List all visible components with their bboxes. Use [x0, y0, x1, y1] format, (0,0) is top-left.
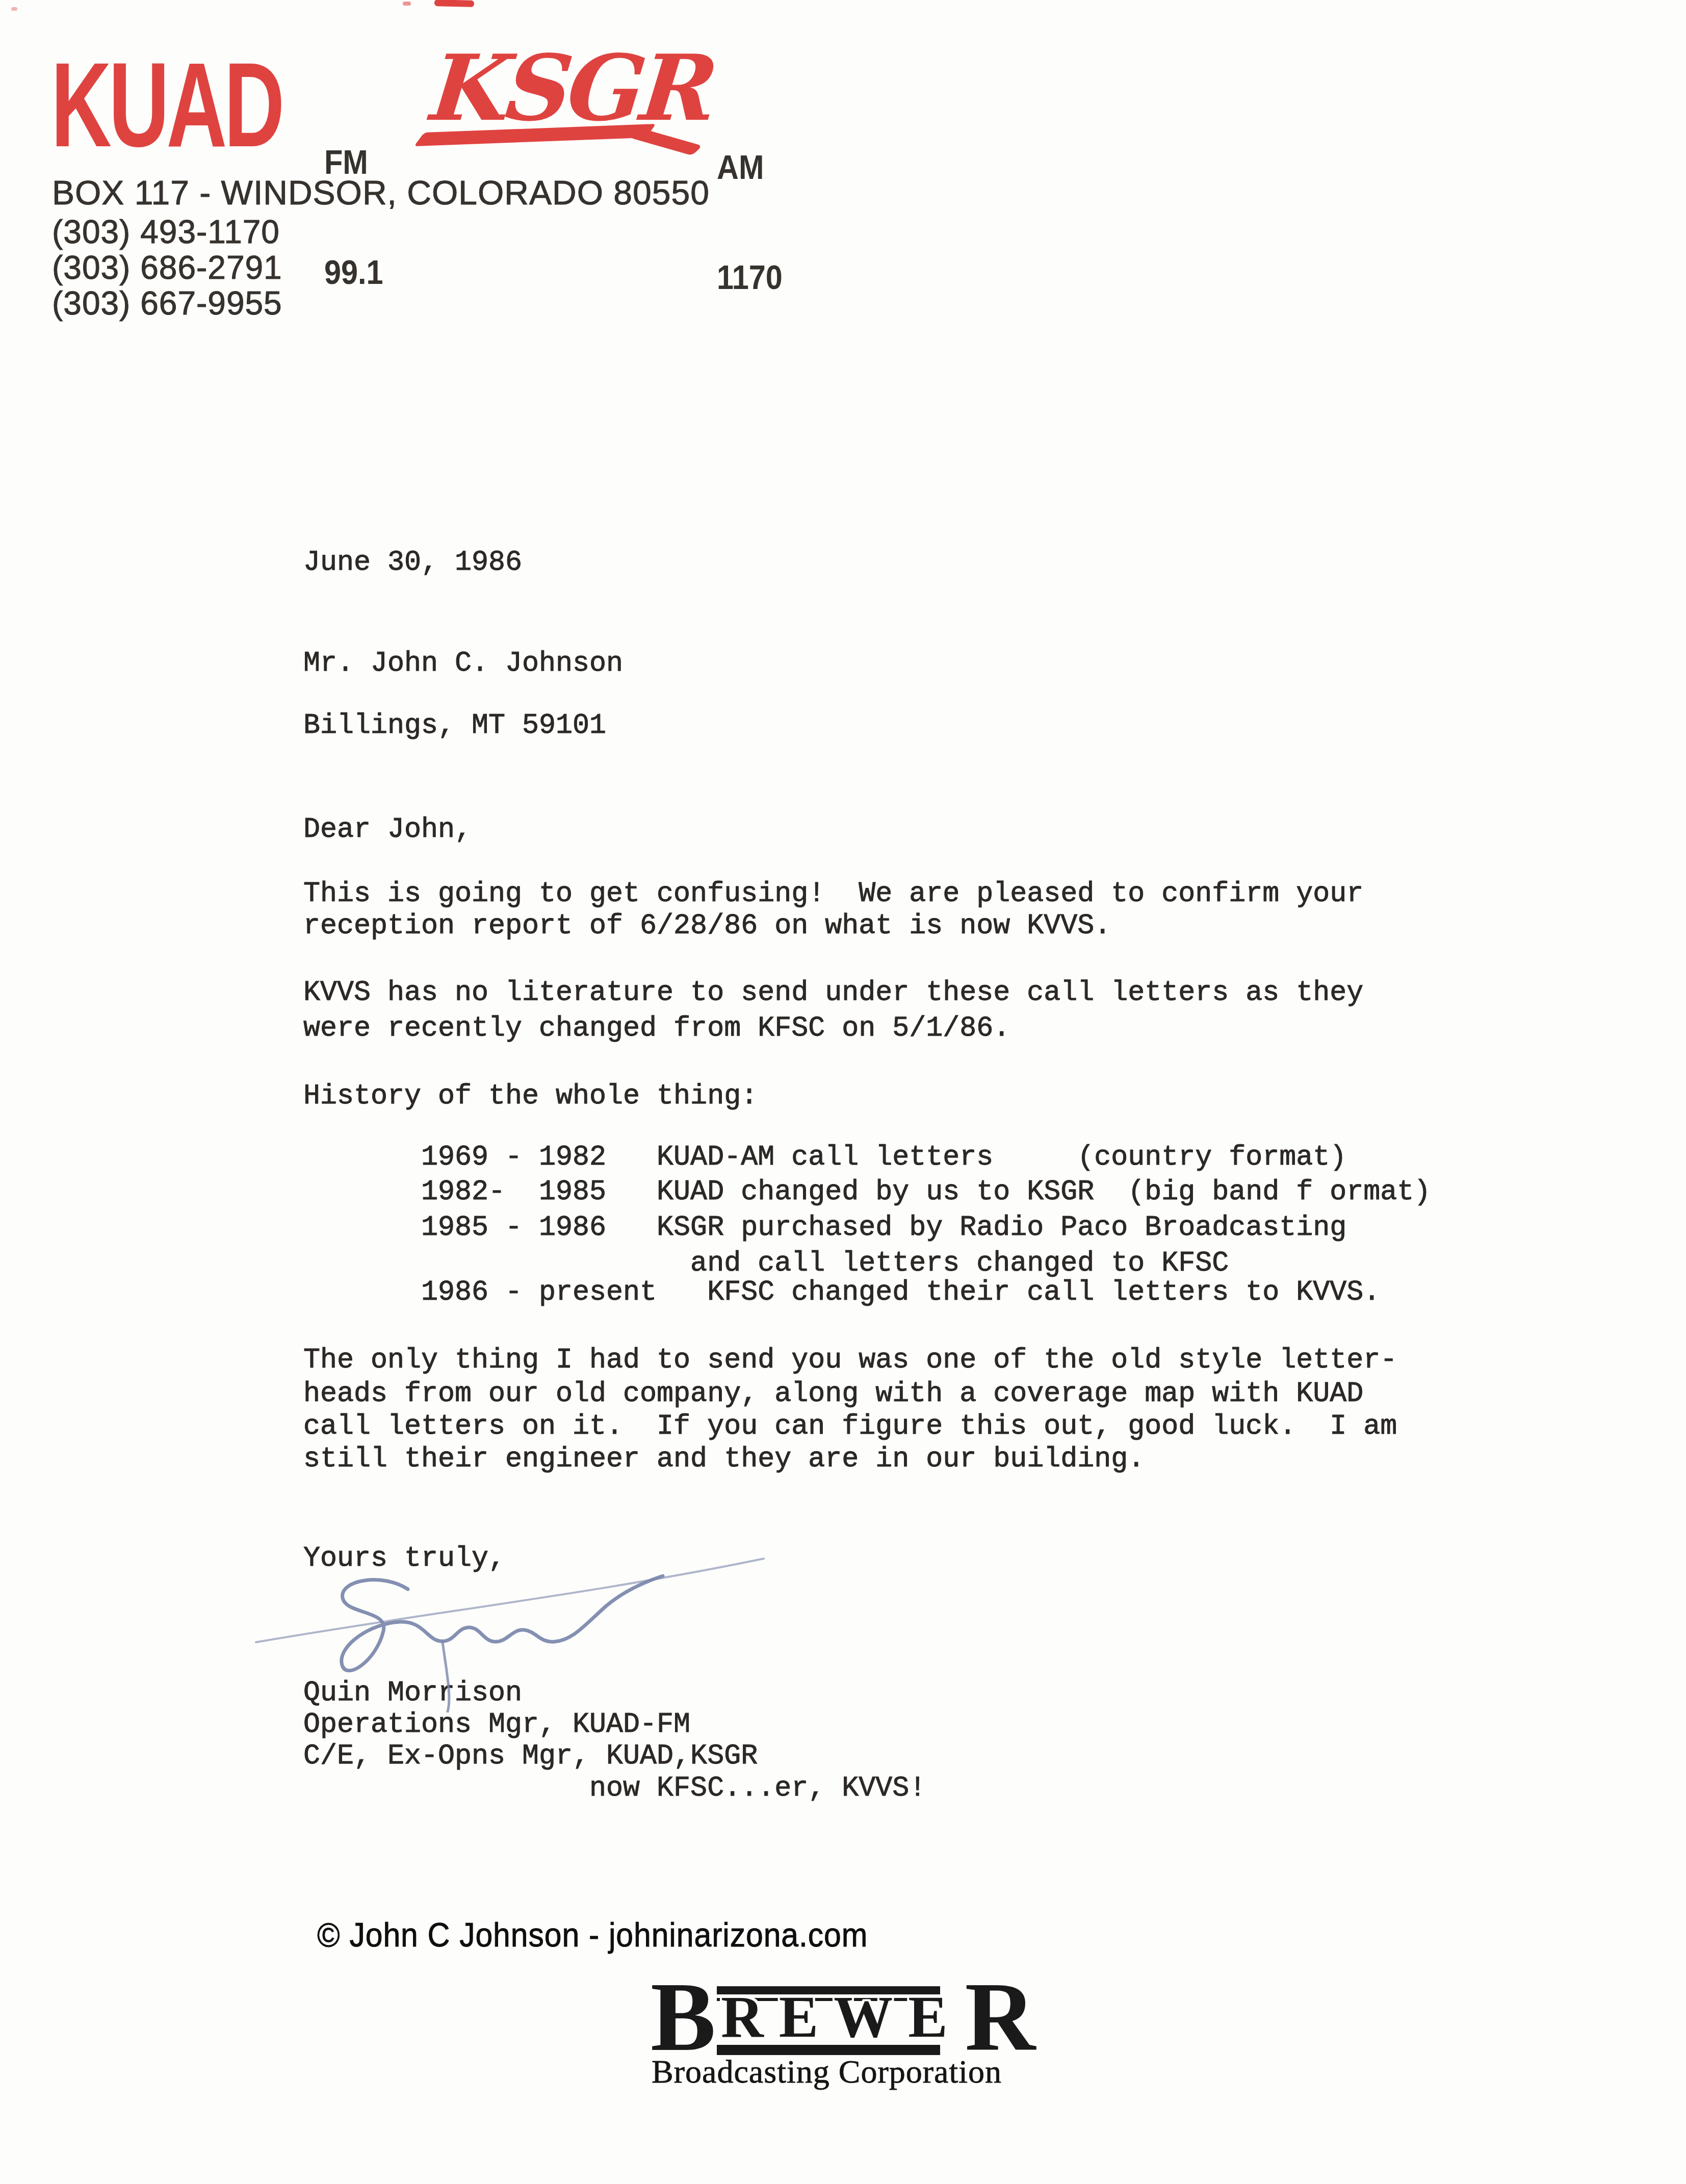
salutation: Dear John,: [303, 814, 472, 845]
phone-number: (303) 493-1170: [52, 213, 280, 251]
history-heading: History of the whole thing:: [303, 1081, 758, 1112]
para1-line: reception report of 6/28/86 on what is n…: [303, 911, 1111, 941]
signer-title: C/E, Ex-Opns Mgr, KUAD,KSGR: [303, 1741, 758, 1772]
para2-line: were recently changed from KFSC on 5/1/8…: [303, 1013, 1010, 1044]
address-line: BOX 117 - WINDSOR, COLORADO 80550: [52, 173, 710, 212]
am-frequency: 1170: [717, 259, 783, 296]
am-label: AM: [717, 149, 783, 186]
history-item: 1969 - 1982 KUAD-AM call letters (countr…: [303, 1142, 1346, 1173]
am-badge: AM 1170: [717, 75, 783, 369]
brewer-letter-r: R: [965, 1968, 1036, 2066]
history-item: 1985 - 1986 KSGR purchased by Radio Paco…: [303, 1213, 1346, 1243]
history-item: 1982- 1985 KUAD changed by us to KSGR (b…: [303, 1177, 1431, 1207]
brewer-wordmark: B REWE R: [651, 1968, 1035, 2066]
brewer-letters-rewe: REWE: [721, 1988, 963, 2047]
phone-number: (303) 667-9955: [52, 284, 282, 322]
fm-badge: FM 99.1: [324, 70, 383, 364]
scanned-letter-page: KUAD FM 99.1 KSGR AM 1170 BOX 117 - WIND…: [0, 0, 1686, 2184]
recipient-name: Mr. John C. Johnson: [303, 648, 623, 679]
date-line: June 30, 1986: [303, 547, 522, 578]
brewer-logo: B REWE R: [651, 1968, 1018, 2066]
signer-title: Operations Mgr, KUAD-FM: [303, 1709, 690, 1740]
para3-line: still their engineer and they are in our…: [303, 1444, 1145, 1475]
scan-artifact-red-dot: [11, 7, 17, 11]
ksgr-wordmark: KSGR: [427, 43, 718, 134]
phone-number: (303) 686-2791: [52, 249, 282, 286]
para3-line: call letters on it. If you can figure th…: [303, 1411, 1397, 1442]
fm-frequency: 99.1: [324, 254, 383, 291]
history-item: and call letters changed to KFSC: [303, 1248, 1229, 1279]
kuad-wordmark: KUAD: [51, 45, 282, 165]
signature-image: [255, 1544, 790, 1713]
copyright-line: © John C Johnson - johninarizona.com: [317, 1915, 868, 1954]
para3-line: heads from our old company, along with a…: [303, 1379, 1363, 1409]
brewer-letter-b: B: [651, 1968, 716, 2066]
history-item: 1986 - present KFSC changed their call l…: [303, 1277, 1380, 1308]
scan-artifact-red-dot: [403, 2, 411, 6]
para1-line: This is going to get confusing! We are p…: [303, 879, 1363, 909]
recipient-city: Billings, MT 59101: [303, 711, 606, 741]
para2-line: KVVS has no literature to send under the…: [303, 978, 1363, 1008]
scan-artifact-red-streak: [434, 0, 474, 7]
para3-line: The only thing I had to send you was one…: [303, 1345, 1397, 1376]
signer-postscript: now KFSC...er, KVVS!: [303, 1773, 926, 1804]
